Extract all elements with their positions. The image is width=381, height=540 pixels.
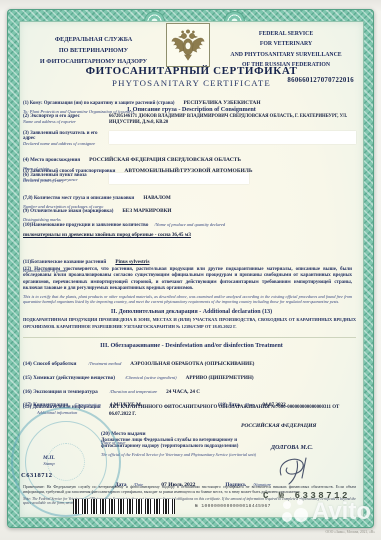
- field-label: (10)Наименование продукции и заявленное …: [23, 223, 148, 228]
- field-label-en: Declared point of entry: [23, 178, 109, 183]
- section-1-heading: I. Описание груза - Description of Consi…: [19, 106, 364, 113]
- official-name: ДОЛГОВА М.С.: [271, 445, 313, 451]
- field-label-en: Name and address of exporter: [23, 119, 109, 124]
- official-title-en: The official of the Federal Service for …: [101, 452, 277, 457]
- barcode-number: № 1000000000000018445967: [195, 504, 271, 509]
- divider-line: [23, 337, 356, 338]
- field-label: (3) Заявленный получатель и его адрес: [23, 131, 109, 141]
- field-value: РОССИЙСКАЯ ФЕДЕРАЦИЯ: [241, 423, 316, 429]
- field-value: Pinus sylvestris: [115, 259, 149, 265]
- field-label-en: /Name of produce and quantity declared: [154, 222, 225, 227]
- header: ФЕДЕРАЛЬНАЯ СЛУЖБА ПО ВЕТЕРИНАРНОМУ И ФИ…: [25, 23, 358, 71]
- field-value: пиломатериалы из древесины хвойных пород…: [23, 232, 356, 238]
- section-3-heading: III. Обеззараживание - Desinfestation an…: [19, 342, 364, 349]
- handwritten-signature: [275, 453, 319, 487]
- agency-ru-line: ФЕДЕРАЛЬНАЯ СЛУЖБА: [25, 35, 162, 46]
- watermark-text: Avito: [312, 498, 371, 526]
- printer-note: ООО «Знак», Москва, 2021, «В»: [326, 530, 376, 534]
- agency-ru-line: ПО ВЕТЕРИНАРНОМУ: [25, 46, 162, 57]
- stamp-label-en: Stamp: [43, 461, 55, 466]
- field-value-blank: [109, 131, 356, 144]
- field-value-blank: [109, 173, 249, 184]
- field-label-en: Declared name and address of consignee: [23, 141, 109, 146]
- field-6-point-of-entry: (6) Заявленный пункт ввоза Declared poin…: [23, 173, 356, 184]
- field-value: АКТ КАРАНТИННОГО ФИТОСАНИТАРНОГО ОБЕЗЗАР…: [109, 405, 356, 418]
- field-2-exporter: (2) Экспортер и его адрес Name and addre…: [23, 114, 356, 126]
- official-block: Должностное лицо Федеральной службы по в…: [101, 438, 277, 457]
- agency-en-line: FOR VETERINARY: [214, 39, 358, 49]
- agency-en-line: FEDERAL SERVICE: [214, 29, 358, 39]
- field-12-certification-statement: (12) Настоящим удостоверяется, что расте…: [23, 267, 352, 305]
- field-label: (11)Ботаническое название растений: [23, 260, 106, 265]
- agency-name-ru: ФЕДЕРАЛЬНАЯ СЛУЖБА ПО ВЕТЕРИНАРНОМУ И ФИ…: [25, 35, 162, 68]
- double-headed-eagle-icon: [170, 26, 206, 64]
- field-10-produce: (10)Наименование продукции и заявленное …: [23, 213, 356, 238]
- avito-watermark: Avito: [280, 497, 371, 527]
- field-value: 667205146171 ДЮКОВ ВЛАДИМИР ВЛАДИМИРОВИЧ…: [109, 114, 356, 126]
- coat-of-arms-box: [166, 23, 210, 67]
- stamp-placeholder: М.П. Stamp: [43, 455, 55, 466]
- photo-background: ФЕДЕРАЛЬНАЯ СЛУЖБА ПО ВЕТЕРИНАРНОМУ И ФИ…: [0, 0, 381, 540]
- statement-en: This is to certify that the plants, plan…: [23, 294, 352, 305]
- official-title-ru: Должностное лицо Федеральной службы по в…: [101, 438, 277, 451]
- statement-ru: (12) Настоящим удостоверяется, что расте…: [23, 267, 352, 293]
- avito-logo-icon: [280, 497, 310, 527]
- field-13-additional-declaration: ПОДКАРАНТИННАЯ ПРОДУКЦИЯ ПРОИЗВЕДЕНА В З…: [23, 317, 356, 330]
- section-2-heading: II. Дополнительная декларация - Addition…: [19, 309, 364, 315]
- agency-en-line: AND PHYTOSANITARY SURVEILLANCE: [214, 50, 358, 60]
- certificate-number: 860660127070722016: [287, 77, 354, 84]
- certificate-title-ru: ФИТОСАНИТАРНЫЙ СЕРТИФИКАТ: [19, 65, 364, 77]
- field-3-consignee: (3) Заявленный получатель и его адрес De…: [23, 131, 356, 146]
- certificate: ФЕДЕРАЛЬНАЯ СЛУЖБА ПО ВЕТЕРИНАРНОМУ И ФИ…: [7, 9, 374, 528]
- certificate-paper: ФЕДЕРАЛЬНАЯ СЛУЖБА ПО ВЕТЕРИНАРНОМУ И ФИ…: [19, 21, 364, 518]
- barcode: [73, 499, 175, 514]
- form-serial-left: С6318712: [21, 472, 52, 479]
